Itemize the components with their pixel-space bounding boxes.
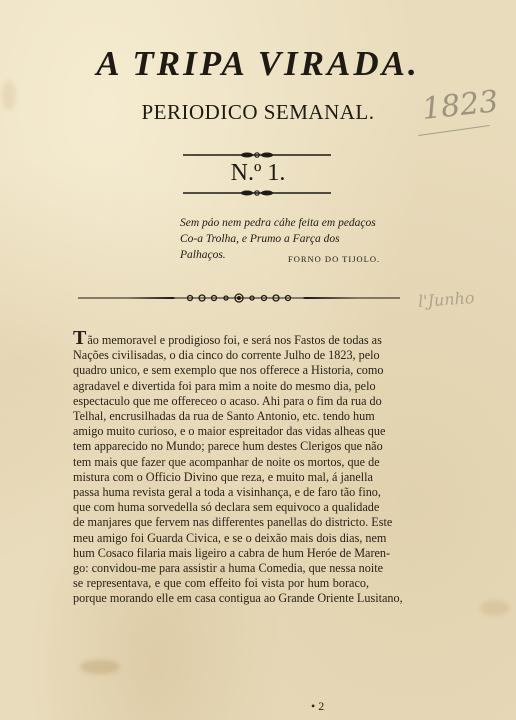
section-divider-icon bbox=[78, 292, 400, 304]
epigraph-attribution: FORNO DO TIJOLO. bbox=[288, 254, 380, 264]
article-line: que com huma sorvedella só declara sem e… bbox=[73, 500, 369, 515]
article-body: Tão memoravel e prodigioso foi, e será n… bbox=[73, 332, 369, 607]
ornamental-rule-icon bbox=[183, 150, 331, 160]
article-line: passa huma revista geral a toda a visinh… bbox=[73, 485, 369, 500]
printer-signature-mark: • 2 bbox=[311, 699, 324, 714]
masthead-title: A TRIPA VIRADA. bbox=[0, 44, 516, 84]
article-line: de manjares que fervem nas differentes p… bbox=[73, 515, 369, 530]
article-line: Tão memoravel e prodigioso foi, e será n… bbox=[73, 332, 369, 348]
drop-cap: T bbox=[73, 327, 86, 349]
article-line: meu amigo foi Guarda Civica, e se o deix… bbox=[73, 531, 369, 546]
handwritten-underline bbox=[418, 125, 489, 136]
epigraph-line-1: Sem páo nem pedra cáhe feita em pedaços bbox=[180, 217, 376, 229]
ornamental-rule-icon bbox=[183, 188, 331, 198]
article-line: tem apparecido no Mundo; parece hum dest… bbox=[73, 439, 369, 454]
newspaper-page: A TRIPA VIRADA. PERIODICO SEMANAL. 1823 … bbox=[0, 0, 516, 720]
article-line: Nações civilisadas, o dia cinco do corre… bbox=[73, 348, 369, 363]
handwritten-margin-note: l'Junho bbox=[417, 288, 475, 311]
article-line: mistura com o Officio Divino que reza, e… bbox=[73, 470, 369, 485]
issue-number: N.º 1. bbox=[0, 160, 516, 187]
article-line: go: convidou-me para assistir a huma Com… bbox=[73, 561, 369, 576]
article-line: hum Cosaco filaria mais ligeiro a cabra … bbox=[73, 546, 369, 561]
paper-stain bbox=[80, 660, 120, 674]
paper-stain bbox=[480, 600, 510, 616]
article-line: se representava, e que com effeito foi v… bbox=[73, 576, 369, 591]
article-line: porque morando elle em casa contigua ao … bbox=[73, 591, 369, 606]
article-line: tem mais que fazer que acompanhar de noi… bbox=[73, 455, 369, 470]
article-line: quadro unico, e sem exemplo que nos offe… bbox=[73, 363, 369, 378]
article-line: espectaculo que me offereceo o acaso. Ah… bbox=[73, 394, 369, 409]
article-line: amigo muito curioso, e o maior espreitad… bbox=[73, 424, 369, 439]
article-line: Telhal, encrusilhadas da rua de Santo An… bbox=[73, 409, 369, 424]
article-line: agradavel e divertida foi para mim a noi… bbox=[73, 379, 369, 394]
